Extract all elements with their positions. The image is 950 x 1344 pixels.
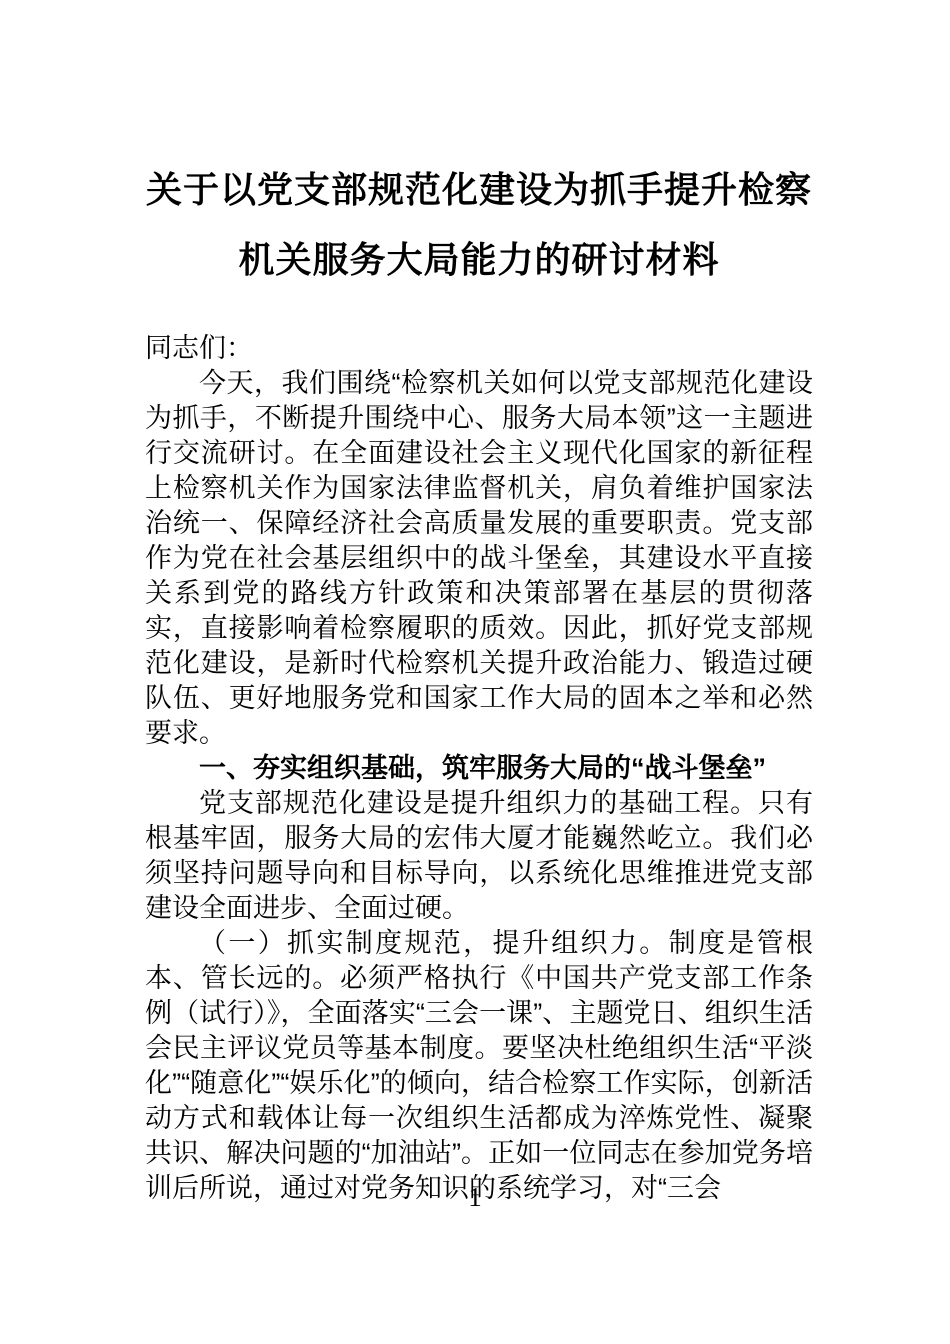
- paragraph-section-1-intro: 党支部规范化建设是提升组织力的基础工程。只有根基牢固，服务大局的宏伟大厦才能巍然…: [145, 786, 813, 926]
- document-content: 关于以党支部规范化建设为抓手提升检察 机关服务大局能力的研讨材料 同志们： 今天…: [145, 155, 813, 1206]
- section-heading-1: 一、夯实组织基础，筑牢服务大局的“战斗堡垒”: [145, 751, 813, 786]
- document-page: 关于以党支部规范化建设为抓手提升检察 机关服务大局能力的研讨材料 同志们： 今天…: [0, 0, 950, 1344]
- paragraph-intro: 今天，我们围绕“检察机关如何以党支部规范化建设为抓手，不断提升围绕中心、服务大局…: [145, 366, 813, 751]
- document-title: 关于以党支部规范化建设为抓手提升检察 机关服务大局能力的研讨材料: [145, 155, 813, 295]
- document-body: 同志们： 今天，我们围绕“检察机关如何以党支部规范化建设为抓手，不断提升围绕中心…: [145, 331, 813, 1206]
- document-title-line-2: 机关服务大局能力的研讨材料: [145, 225, 813, 295]
- document-title-line-1: 关于以党支部规范化建设为抓手提升检察: [145, 155, 813, 225]
- page-number: 1: [0, 1180, 950, 1215]
- salutation: 同志们：: [145, 331, 813, 366]
- paragraph-subsection-1: （一）抓实制度规范，提升组织力。制度是管根本、管长远的。必须严格执行《中国共产党…: [145, 926, 813, 1206]
